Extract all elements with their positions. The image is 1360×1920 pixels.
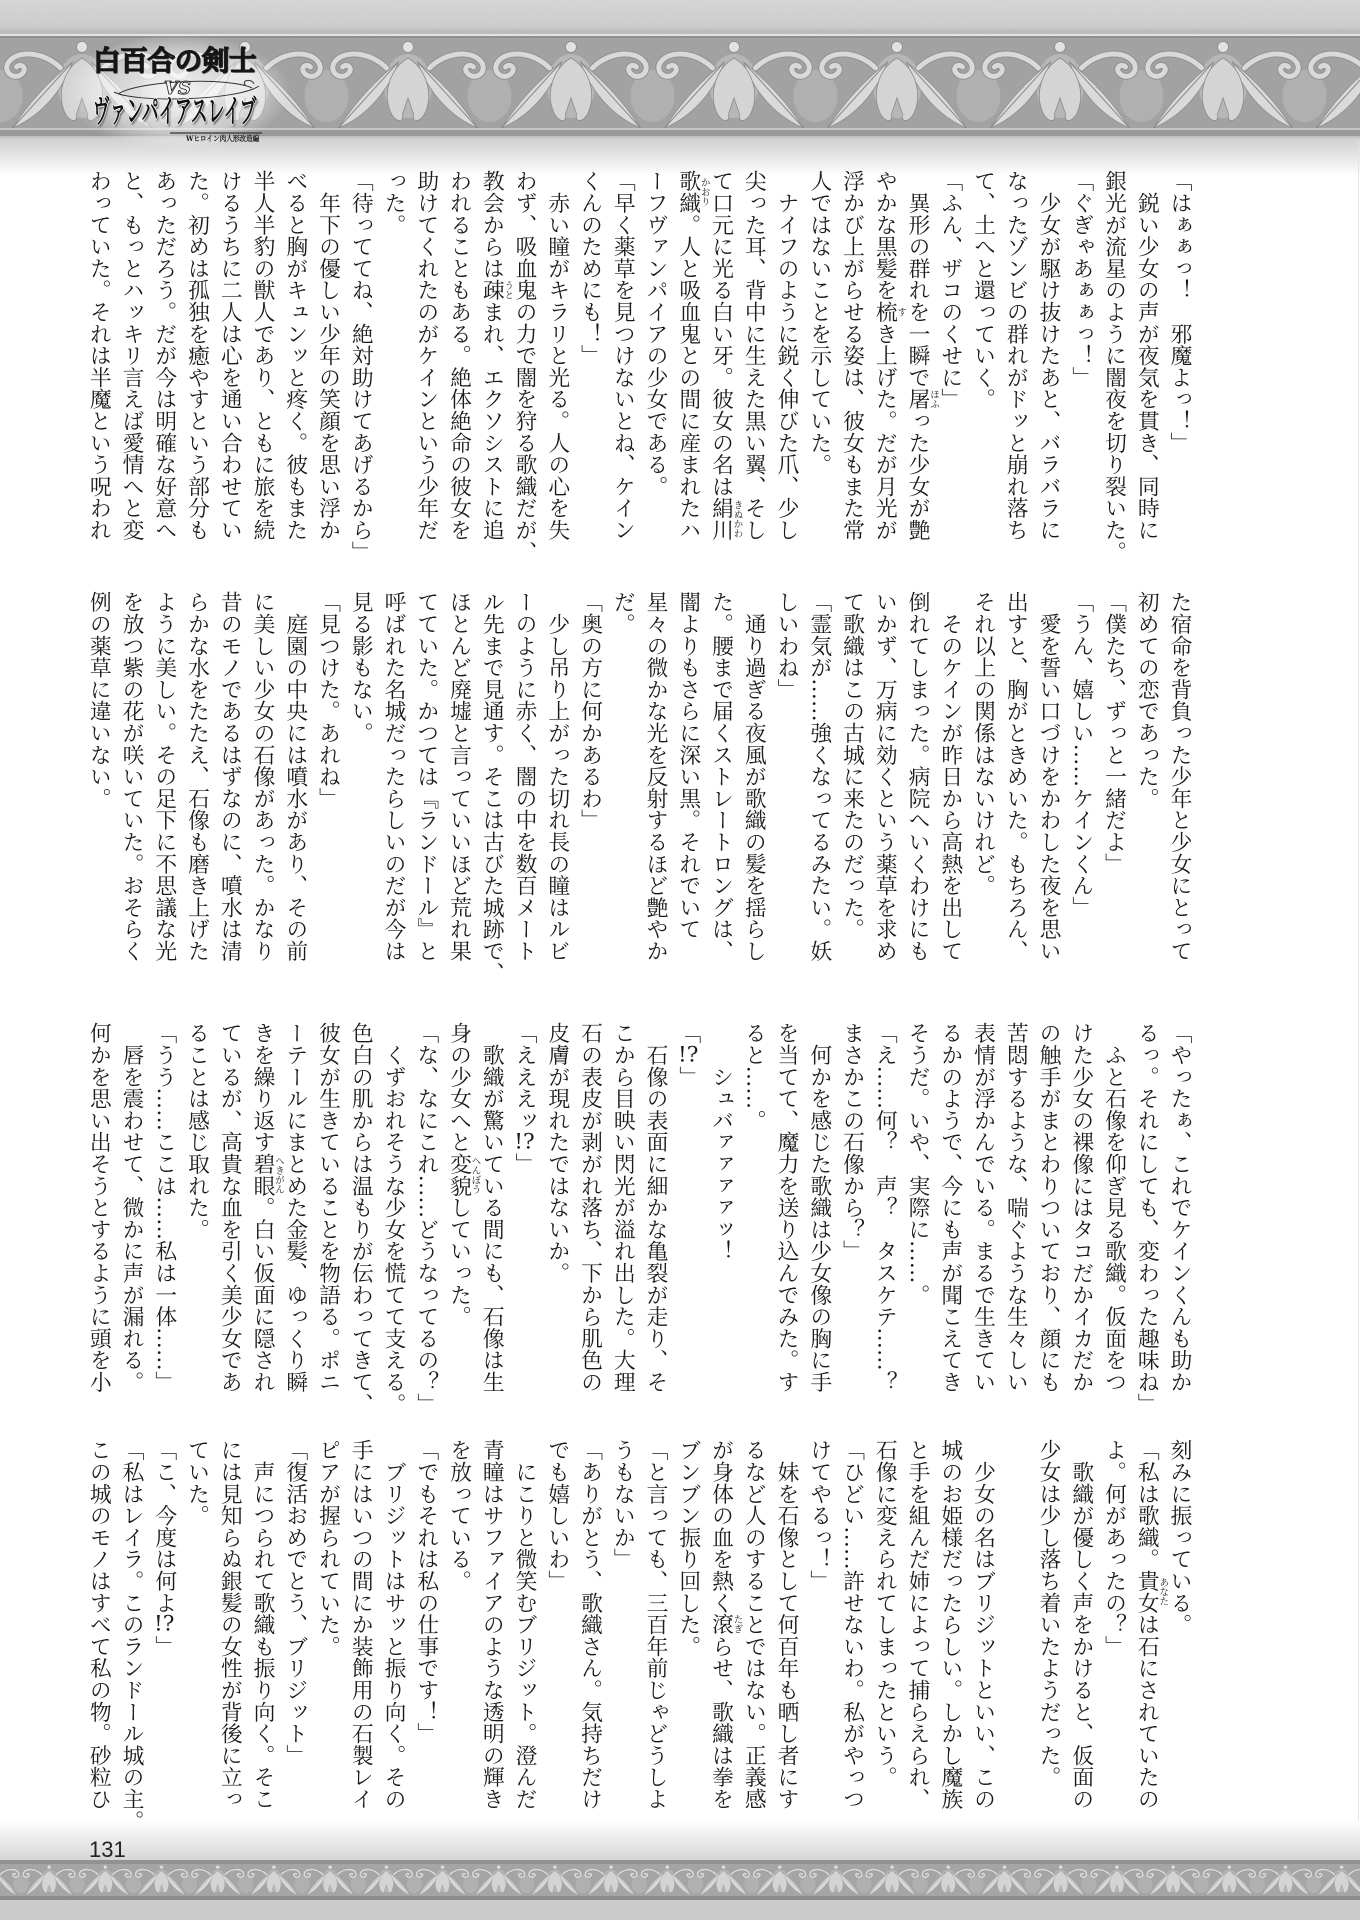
text-column: 浮かび上がらせる姿は、彼女もまた常 bbox=[835, 170, 868, 580]
text-column: 身の少女へと変貌へんぼうしていった。 bbox=[442, 1022, 475, 1432]
text-tier-3: 「やったぁ、これでケインくんも助かるっ。それにしても、変わった趣味ね」 ふと石像… bbox=[81, 1022, 1195, 1432]
ruby-base: 屠ほふ bbox=[906, 388, 928, 410]
book-page: 白百合の剣士 VS ヴァンパイアスレイブ Wヒロイン肉人形改造編 「はぁぁっ！ … bbox=[0, 0, 1360, 1920]
text-column: 通り過ぎる夜風が歌織の髪を揺らし bbox=[737, 591, 770, 1001]
text-column: と手を組んだ姉によって捕らえられ、 bbox=[900, 1439, 933, 1849]
text-column: と、もっとハッキリ言えば愛情へと変 bbox=[114, 170, 147, 580]
text-column: シュバァァァァッ！ bbox=[704, 1022, 737, 1432]
text-column: べると胸がキュンッと疼く。彼もまた bbox=[278, 170, 311, 580]
text-column: ーのように赤く、闇の中を数百メート bbox=[507, 591, 540, 1001]
logo-title-bottom: ヴァンパイアスレイブ bbox=[93, 96, 257, 128]
text-column: 愛を誓い口づけをかわした夜を思い bbox=[1031, 591, 1064, 1001]
text-column: この城のモノはすべて私の物。砂粒ひ bbox=[82, 1439, 115, 1849]
text-column: やかな黒髪を梳すき上げた。だが月光が bbox=[868, 170, 901, 580]
ruby-base: 梳す bbox=[873, 301, 895, 323]
text-column: くずおれそうな少女を慌てて支える。 bbox=[376, 1022, 409, 1432]
text-column: けた少女の裸像にはタコだかイカだか bbox=[1064, 1022, 1097, 1432]
text-column: 少女は少し落ち着いたようだった。 bbox=[1031, 1439, 1064, 1849]
ruby-base: 絹川きぬかわ bbox=[710, 497, 732, 541]
text-column: てていた。かつては『ランドール』と bbox=[409, 591, 442, 1001]
text-column: ーフヴァンパイアの少女である。 bbox=[638, 170, 671, 580]
text-column: 少女が駆け抜けたあと、バラバラに bbox=[1031, 170, 1064, 580]
text-column: でも嬉しいわ」 bbox=[540, 1439, 573, 1849]
upright-punctuation: !? bbox=[152, 1613, 177, 1635]
text-column: 呼ばれた名城だったらしいのだが今は bbox=[376, 591, 409, 1001]
ruby-annotation: うと bbox=[502, 280, 512, 299]
text-column: きを繰り返す碧眼へきがん。白い仮面に隠され bbox=[245, 1022, 278, 1432]
text-column: 「こ、今度は何よ!?」 bbox=[147, 1439, 180, 1849]
text-column: ることは感じ取れた。 bbox=[180, 1022, 213, 1432]
text-column: 星々の微かな光を反射するほど艶やか bbox=[638, 591, 671, 1001]
text-column: 城のお姫様だったらしい。しかし魔族 bbox=[933, 1439, 966, 1849]
text-column: いかず、万病に効くという薬草を求め bbox=[868, 591, 901, 1001]
text-column: ふと石像を仰ぎ見る歌織。仮面をつ bbox=[1097, 1022, 1130, 1432]
text-column: 歌織かおり。人と吸血鬼との間に産まれたハ bbox=[671, 170, 704, 580]
text-column: 「はぁぁっ！ 邪魔よっ！」 bbox=[1162, 170, 1195, 580]
text-column: ブンブン振り回した。 bbox=[671, 1439, 704, 1849]
text-column: 何かを感じた歌織は少女像の胸に手 bbox=[802, 1022, 835, 1432]
text-column: 石の表皮が剥がれ落ち、下から肌色の bbox=[573, 1022, 606, 1432]
text-column: 「な、なにこれ……どうなってるの？」 bbox=[409, 1022, 442, 1432]
text-column: った。 bbox=[376, 170, 409, 580]
upright-punctuation: !? bbox=[676, 1044, 701, 1066]
text-column: 手にはいつの間にか装飾用の石製レイ bbox=[344, 1439, 377, 1849]
text-column: 教会からは疎うとまれ、エクソシストに追 bbox=[475, 170, 508, 580]
upright-punctuation: !? bbox=[512, 1131, 537, 1153]
text-tier-1: 「はぁぁっ！ 邪魔よっ！」 鋭い少女の声が夜気を貫き、同時に銀光が流星のように闇… bbox=[81, 170, 1195, 580]
text-column: 少女の名はブリジットといい、この bbox=[966, 1439, 999, 1849]
text-column: なったゾンビの群れがドッと崩れ落ち bbox=[999, 170, 1032, 580]
text-column: るかのようで、今にも声が聞こえてき bbox=[933, 1022, 966, 1432]
text-column: 半人半豹の獣人であり、ともに旅を続 bbox=[245, 170, 278, 580]
text-column: 皮膚が現れたではないか。 bbox=[540, 1022, 573, 1432]
ruby-annotation: す bbox=[895, 307, 905, 317]
text-column: るなど人のすることではない。正義感 bbox=[737, 1439, 770, 1849]
text-column: 倒れてしまった。病院へいくわけにも bbox=[900, 591, 933, 1001]
text-column: 「え……何？ 声？ タスケテ……？ bbox=[868, 1022, 901, 1432]
text-column: 闇よりもさらに深い黒。それでいて bbox=[671, 591, 704, 1001]
text-column: そうだ。いや、実際に……。 bbox=[900, 1022, 933, 1432]
text-column: 出すと、胸がときめいた。もちろん、 bbox=[999, 591, 1032, 1001]
logo-subtitle: Wヒロイン肉人形改造編 bbox=[186, 135, 259, 143]
text-column: て、土へと還っていく。 bbox=[966, 170, 999, 580]
text-column: ナイフのように鋭く伸びた爪、少し bbox=[769, 170, 802, 580]
text-column: 石像に変えられてしまったという。 bbox=[868, 1439, 901, 1849]
text-column: まさかこの石像から？」 bbox=[835, 1022, 868, 1432]
text-column: て口元に光る白い牙。彼女の名は絹川きぬかわ bbox=[704, 170, 737, 580]
text-column: た宿命を背負った少年と少女にとって bbox=[1162, 591, 1195, 1001]
text-column: 助けてくれたのがケインという少年だ bbox=[409, 170, 442, 580]
text-tier-4: 刻みに振っている。「私は歌織。貴女あなたは石にされていたのよ。何があったの？」 … bbox=[81, 1439, 1195, 1849]
text-column: われることもある。絶体絶命の彼女を bbox=[442, 170, 475, 580]
text-column: 「でもそれは私の仕事です！」 bbox=[409, 1439, 442, 1849]
text-column: 初めての恋であった。 bbox=[1130, 591, 1163, 1001]
text-column: 石像の表面に細かな亀裂が走り、そ bbox=[638, 1022, 671, 1432]
page-edge-line bbox=[1358, 140, 1359, 1860]
text-column: 「私は歌織。貴女あなたは石にされていたの bbox=[1130, 1439, 1163, 1849]
text-column: 「うう……ここは……私は一体……」 bbox=[147, 1022, 180, 1432]
text-column: よ。何があったの？」 bbox=[1097, 1439, 1130, 1849]
text-column: 歌織が優しく声をかけると、仮面の bbox=[1064, 1439, 1097, 1849]
text-column: ように美しい。その足下に不思議な光 bbox=[147, 591, 180, 1001]
text-column: 声につられて歌織も振り向く。そこ bbox=[245, 1439, 278, 1849]
text-column: 銀光が流星のように闇夜を切り裂いた。 bbox=[1097, 170, 1130, 580]
text-column: ると……。 bbox=[737, 1022, 770, 1432]
text-column: 人ではないことを示していた。 bbox=[802, 170, 835, 580]
text-column: 昔のモノであるはずなのに、噴水は清 bbox=[213, 591, 246, 1001]
text-column: あっただろう。だが今は明確な好意へ bbox=[147, 170, 180, 580]
blank-column bbox=[999, 1439, 1032, 1849]
text-column: 「僕たち、ずっと一緒だよ」 bbox=[1097, 591, 1130, 1001]
text-column: ほとんど廃墟と言っていいほど荒れ果 bbox=[442, 591, 475, 1001]
text-column: けるうちに二人は心を通い合わせてい bbox=[213, 170, 246, 580]
ruby-base: 滾たぎ bbox=[710, 1613, 732, 1635]
text-column: 「私はレイラ。このランドール城の主。 bbox=[114, 1439, 147, 1849]
text-column: 異形の群れを一瞬で屠ほふった少女が艶 bbox=[900, 170, 933, 580]
text-column: 「待っててね、絶対助けてあげるから」 bbox=[344, 170, 377, 580]
text-column: ル先まで見通す。そこは古びた城跡で、 bbox=[475, 591, 508, 1001]
text-column: 「と言っても、三百年前じゃどうしよ bbox=[638, 1439, 671, 1849]
text-column: 歌織が驚いている間にも、石像は生 bbox=[475, 1022, 508, 1432]
text-column: 「ひどい……許せないわ。私がやっつ bbox=[835, 1439, 868, 1849]
text-column: 年下の優しい少年の笑顔を思い浮か bbox=[311, 170, 344, 580]
text-column: 「やったぁ、これでケインくんも助か bbox=[1162, 1022, 1195, 1432]
ruby-base: 貴女あなた bbox=[1135, 1570, 1157, 1614]
footer-ornament-band bbox=[0, 1820, 1360, 1920]
text-column: 何かを思い出そうとするように頭を小 bbox=[82, 1022, 115, 1432]
ruby-annotation: たぎ bbox=[732, 1615, 742, 1634]
text-column: 青瞳はサファイアのような透明の輝き bbox=[475, 1439, 508, 1849]
text-column: 妹を石像として何百年も晒し者にす bbox=[769, 1439, 802, 1849]
ruby-annotation: ほふ bbox=[928, 389, 938, 408]
text-column: らかな水をたたえ、石像も磨き上げた bbox=[180, 591, 213, 1001]
text-column: 「ふん、ザコのくせに」 bbox=[933, 170, 966, 580]
text-column: にこりと微笑むブリジット。澄んだ bbox=[507, 1439, 540, 1849]
text-column: 「うん、嬉しい……ケインくん」 bbox=[1064, 591, 1097, 1001]
ruby-base: 歌織かおり bbox=[677, 170, 699, 214]
text-column: の触手がまとわりついており、顔にも bbox=[1031, 1022, 1064, 1432]
text-column: 「ありがとう、歌織さん。気持ちだけ bbox=[573, 1439, 606, 1849]
text-column: には見知らぬ銀髪の女性が背後に立っ bbox=[213, 1439, 246, 1849]
text-column: ピアが握られていた。 bbox=[311, 1439, 344, 1849]
page-number: 131 bbox=[89, 1839, 126, 1861]
text-column: が身体の血を熱く滾たぎらせ、歌織は拳を bbox=[704, 1439, 737, 1849]
logo-title-top: 白百合の剣士 bbox=[93, 46, 256, 76]
text-column: だ。 bbox=[606, 591, 639, 1001]
text-column: 彼女が生きていることを物語る。ポニ bbox=[311, 1022, 344, 1432]
text-column: しいわね」 bbox=[769, 591, 802, 1001]
text-column: 唇を震わせて、微かに声が漏れる。 bbox=[114, 1022, 147, 1432]
text-column: を放っている。 bbox=[442, 1439, 475, 1849]
text-column: こから目映い閃光が溢れ出した。大理 bbox=[606, 1022, 639, 1432]
text-column: 表情が浮かんでいる。まるで生きてい bbox=[966, 1022, 999, 1432]
text-column: を当てて、魔力を送り込んでみた。す bbox=[769, 1022, 802, 1432]
text-column: 刻みに振っている。 bbox=[1162, 1439, 1195, 1849]
text-column: ているが、高貴な血を引く美少女であ bbox=[213, 1022, 246, 1432]
ruby-base: 碧眼へきがん bbox=[251, 1153, 273, 1197]
text-column: 「奥の方に何かあるわ」 bbox=[573, 591, 606, 1001]
footer-fade bbox=[0, 1820, 1360, 1860]
text-column: 苦悶するような、喘ぐような生々しい bbox=[999, 1022, 1032, 1432]
footer-grain bbox=[0, 1860, 1360, 1920]
text-column: 色白の肌からは温もりが伝わってきて、 bbox=[344, 1022, 377, 1432]
text-column: 少し吊り上がった切れ長の瞳はルビ bbox=[540, 591, 573, 1001]
text-column: た。腰まで届くストレートロングは、 bbox=[704, 591, 737, 1001]
ruby-annotation: あなた bbox=[1157, 1577, 1167, 1606]
text-column: くんのためにも！」 bbox=[573, 170, 606, 580]
text-column: 赤い瞳がキラリと光る。人の心を失 bbox=[540, 170, 573, 580]
text-column: に美しい少女の石像があった。かなり bbox=[245, 591, 278, 1001]
ruby-annotation: へんぼう bbox=[470, 1156, 480, 1194]
ruby-base: 疎うと bbox=[480, 279, 502, 301]
text-column: 「復活おめでとう、ブリジット」 bbox=[278, 1439, 311, 1849]
text-column: を放つ紫の花が咲いていた。おそらく bbox=[114, 591, 147, 1001]
text-column: けてやるっ！」 bbox=[802, 1439, 835, 1849]
header-ornament-band bbox=[0, 0, 1360, 180]
text-column: 見る影もない。 bbox=[344, 591, 377, 1001]
text-column: ーテールにまとめた金髪、ゆっくり瞬 bbox=[278, 1022, 311, 1432]
text-column: 例の薬草に違いない。 bbox=[82, 591, 115, 1001]
text-column: わっていた。それは半魔という呪われ bbox=[82, 170, 115, 580]
text-column: ブリジットはサッと振り向く。その bbox=[376, 1439, 409, 1849]
text-column: それ以上の関係はないけれど。 bbox=[966, 591, 999, 1001]
ruby-annotation: かおり bbox=[699, 178, 709, 207]
text-column: た。初めは孤独を癒やすという部分も bbox=[180, 170, 213, 580]
text-column: わず、吸血鬼の力で闇を狩る歌織だが、 bbox=[507, 170, 540, 580]
text-column: ていた。 bbox=[180, 1439, 213, 1849]
text-column: うもないか」 bbox=[606, 1439, 639, 1849]
text-column: 「ぐぎゃあぁぁっ！」 bbox=[1064, 170, 1097, 580]
ruby-base: 変貌へんぼう bbox=[448, 1153, 470, 1197]
text-tier-2: た宿命を背負った少年と少女にとって初めての恋であった。「僕たち、ずっと一緒だよ」… bbox=[81, 591, 1195, 1001]
text-column: 「霊気が……強くなってるみたい。妖 bbox=[802, 591, 835, 1001]
text-column: 鋭い少女の声が夜気を貫き、同時に bbox=[1130, 170, 1163, 580]
text-column: 「見つけた。あれね」 bbox=[311, 591, 344, 1001]
text-column: るっ。それにしても、変わった趣味ね」 bbox=[1130, 1022, 1163, 1432]
text-column: 「早く薬草を見つけないとね、ケイン bbox=[606, 170, 639, 580]
ruby-annotation: へきがん bbox=[273, 1156, 283, 1194]
ruby-annotation: きぬかわ bbox=[732, 500, 742, 538]
text-column: 庭園の中央には噴水があり、その前 bbox=[278, 591, 311, 1001]
text-column: て歌織はこの古城に来たのだった。 bbox=[835, 591, 868, 1001]
text-column: そのケインが昨日から高熱を出して bbox=[933, 591, 966, 1001]
text-column: 「!?」 bbox=[671, 1022, 704, 1432]
text-column: 「えええッ!?」 bbox=[507, 1022, 540, 1432]
